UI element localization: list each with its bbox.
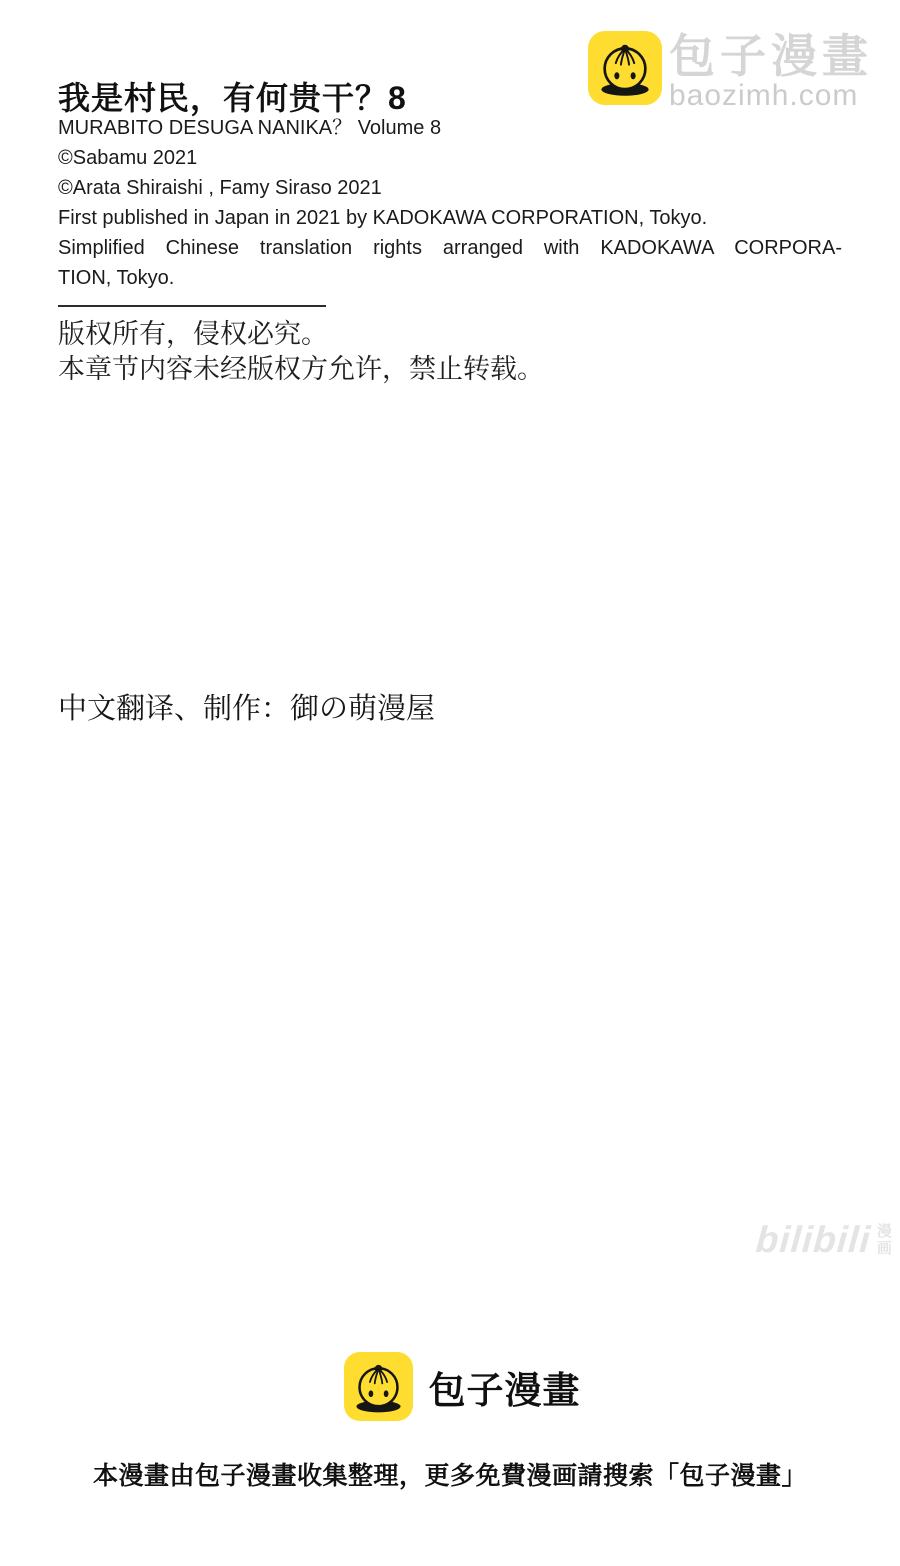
copyright-line: ©Arata Shiraishi , Famy Siraso 2021 bbox=[58, 173, 842, 203]
baozi-bun-icon bbox=[344, 1352, 413, 1421]
translation-credit: 中文翻译、制作：御の萌漫屋 bbox=[58, 686, 435, 727]
colophon-page: 包子漫畫 baozimh.com 我是村民，有何贵干？8 MURABITO DE… bbox=[0, 0, 900, 1566]
site-domain-watermark: baozimh.com bbox=[669, 81, 873, 111]
copyright-block: MURABITO DESUGA NANIKA？ Volume 8 ©Sabamu… bbox=[58, 113, 842, 293]
copyright-line: TION, Tokyo. bbox=[58, 263, 842, 293]
copyright-line: First published in Japan in 2021 by KADO… bbox=[58, 203, 842, 233]
rights-notice: 版权所有，侵权必究。 本章节内容未经版权方允许，禁止转载。 bbox=[58, 317, 544, 387]
bilibili-manhua-label: 漫 画 bbox=[877, 1223, 892, 1257]
site-watermark: 包子漫畫 baozimh.com bbox=[588, 31, 873, 111]
site-name-watermark: 包子漫畫 bbox=[669, 31, 873, 81]
footer-caption: 本漫畫由包子漫畫收集整理，更多免費漫画請搜索「包子漫畫」 bbox=[0, 1456, 900, 1492]
baozi-bun-icon bbox=[588, 31, 662, 105]
copyright-line: Simplified Chinese translation rights ar… bbox=[58, 233, 842, 263]
rights-notice-line: 本章节内容未经版权方允许，禁止转载。 bbox=[58, 352, 544, 387]
copyright-line: MURABITO DESUGA NANIKA？ Volume 8 bbox=[58, 113, 842, 143]
bilibili-watermark: bilibili 漫 画 bbox=[756, 1216, 892, 1264]
bilibili-manhua-char: 漫 bbox=[877, 1223, 892, 1240]
rights-notice-line: 版权所有，侵权必究。 bbox=[58, 317, 544, 352]
bilibili-wordmark: bilibili bbox=[754, 1216, 872, 1264]
copyright-line: ©Sabamu 2021 bbox=[58, 143, 842, 173]
bilibili-manhua-char: 画 bbox=[877, 1240, 892, 1257]
divider bbox=[58, 305, 326, 307]
site-watermark-text: 包子漫畫 baozimh.com bbox=[669, 31, 873, 111]
footer-logo: 包子漫畫 bbox=[12, 1352, 900, 1421]
footer-logo-text: 包子漫畫 bbox=[429, 1360, 581, 1414]
